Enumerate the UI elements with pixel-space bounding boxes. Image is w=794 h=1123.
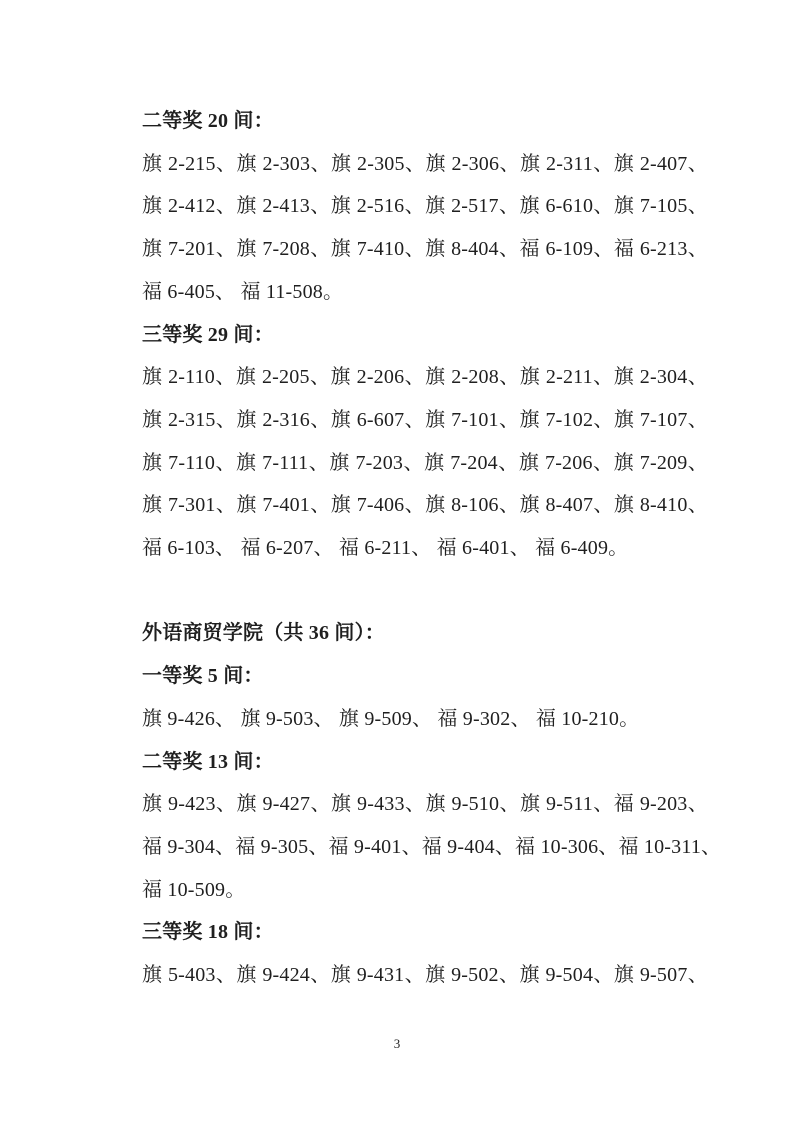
room-list-line: 旗 9-423、旗 9-427、旗 9-433、旗 9-510、旗 9-511、… xyxy=(142,783,708,826)
section-heading: 一等奖 5 间： xyxy=(142,655,708,698)
document-page: 二等奖 20 间：旗 2-215、旗 2-303、旗 2-305、旗 2-306… xyxy=(0,0,794,1123)
room-list-line: 福 10-509。 xyxy=(142,869,708,912)
section-heading: 三等奖 29 间： xyxy=(142,314,708,357)
award-section: 一等奖 5 间：旗 9-426、 旗 9-503、 旗 9-509、 福 9-3… xyxy=(142,655,708,740)
room-list-line: 旗 7-110、旗 7-111、旗 7-203、旗 7-204、旗 7-206、… xyxy=(142,442,708,485)
room-list-line: 旗 9-426、 旗 9-503、 旗 9-509、 福 9-302、 福 10… xyxy=(142,698,708,741)
room-list-line: 福 9-304、福 9-305、福 9-401、福 9-404、福 10-306… xyxy=(142,826,708,869)
section-heading: 三等奖 18 间： xyxy=(142,911,708,954)
award-section: 外语商贸学院（共 36 间）： xyxy=(142,612,708,655)
room-list-line: 旗 2-315、旗 2-316、旗 6-607、旗 7-101、旗 7-102、… xyxy=(142,399,708,442)
award-section: 二等奖 13 间：旗 9-423、旗 9-427、旗 9-433、旗 9-510… xyxy=(142,741,708,912)
room-list-line: 旗 2-110、旗 2-205、旗 2-206、旗 2-208、旗 2-211、… xyxy=(142,356,708,399)
award-section: 二等奖 20 间：旗 2-215、旗 2-303、旗 2-305、旗 2-306… xyxy=(142,100,708,314)
room-list-line: 旗 2-412、旗 2-413、旗 2-516、旗 2-517、旗 6-610、… xyxy=(142,185,708,228)
room-list-line: 旗 2-215、旗 2-303、旗 2-305、旗 2-306、旗 2-311、… xyxy=(142,143,708,186)
room-list-line: 旗 7-201、旗 7-208、旗 7-410、旗 8-404、福 6-109、… xyxy=(142,228,708,271)
award-section: 三等奖 18 间：旗 5-403、旗 9-424、旗 9-431、旗 9-502… xyxy=(142,911,708,996)
room-list-line: 旗 5-403、旗 9-424、旗 9-431、旗 9-502、旗 9-504、… xyxy=(142,954,708,997)
page-number: 3 xyxy=(0,1036,794,1052)
section-heading: 二等奖 20 间： xyxy=(142,100,708,143)
document-body: 二等奖 20 间：旗 2-215、旗 2-303、旗 2-305、旗 2-306… xyxy=(142,100,708,997)
award-section: 三等奖 29 间：旗 2-110、旗 2-205、旗 2-206、旗 2-208… xyxy=(142,314,708,570)
room-list-line: 福 6-405、 福 11-508。 xyxy=(142,271,708,314)
section-heading: 二等奖 13 间： xyxy=(142,741,708,784)
room-list-line: 旗 7-301、旗 7-401、旗 7-406、旗 8-106、旗 8-407、… xyxy=(142,484,708,527)
section-heading: 外语商贸学院（共 36 间）： xyxy=(142,612,708,655)
room-list-line: 福 6-103、 福 6-207、 福 6-211、 福 6-401、 福 6-… xyxy=(142,527,708,570)
